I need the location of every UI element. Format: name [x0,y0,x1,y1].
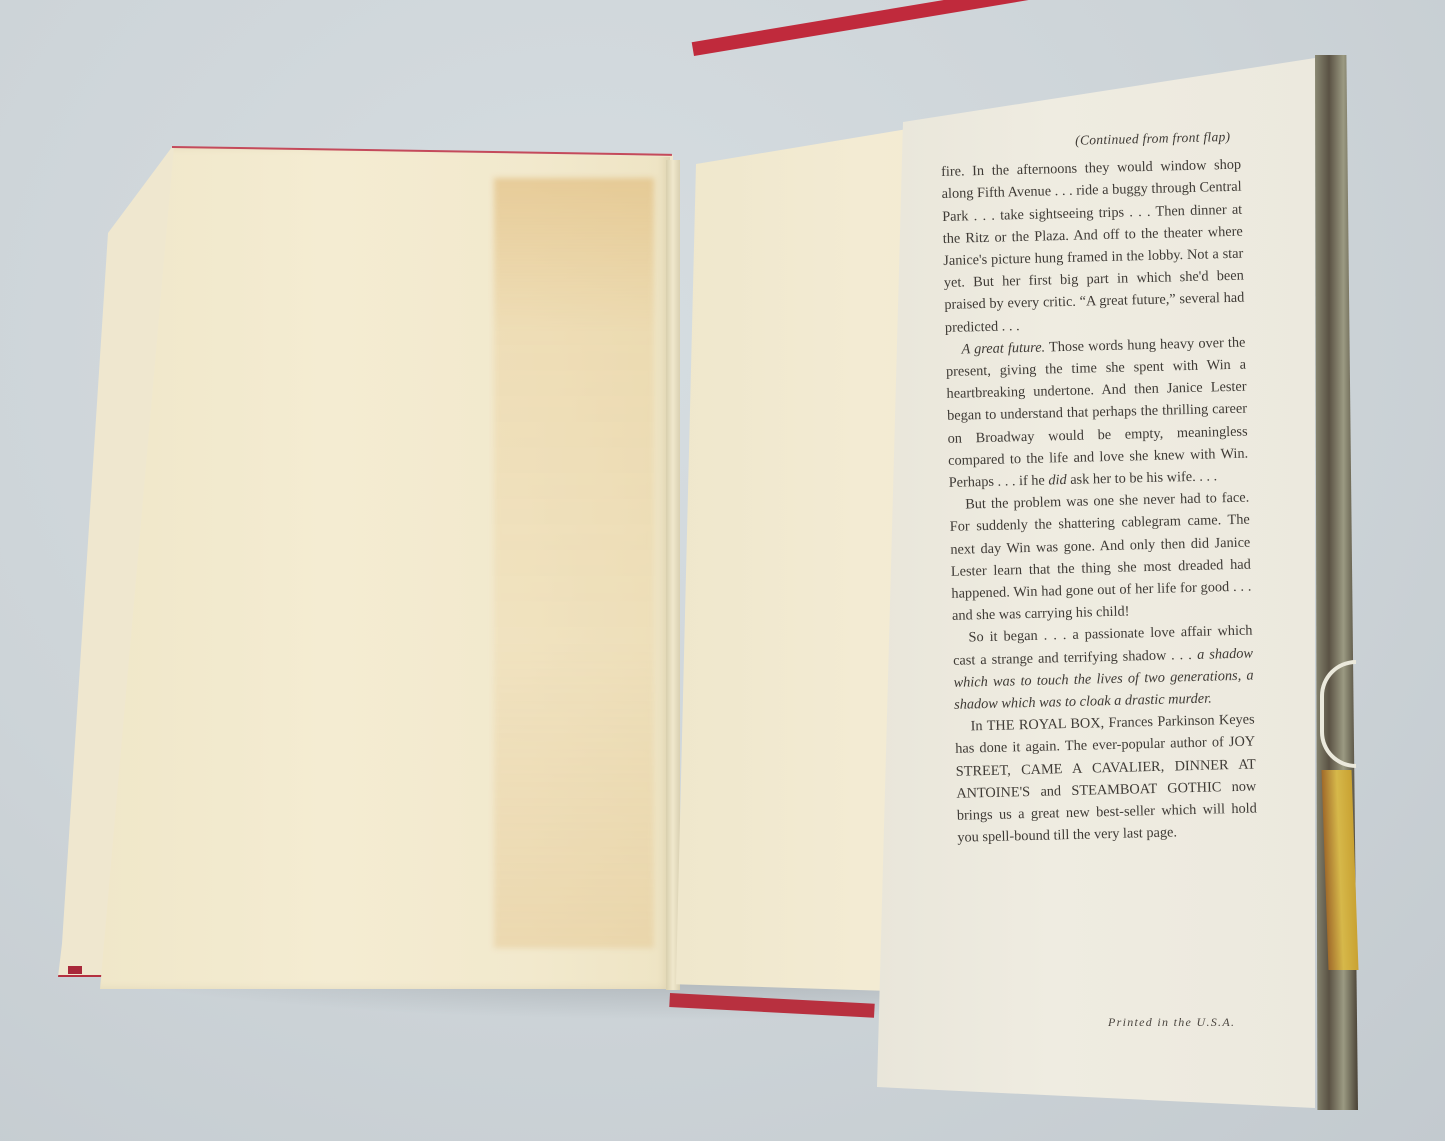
flap-heading: (Continued from front flap) [940,126,1230,155]
flap-italic-did: did [1048,472,1067,488]
flap-paragraph-2-tail: ask her to be his wife. . . . [1070,468,1217,488]
front-cover-red-corner [68,966,82,974]
flap-paragraph-4: So it began . . . a passionate love affa… [952,620,1254,716]
endpaper-stain [494,178,654,948]
book-gutter [666,160,680,990]
flap-paragraph-5: In THE ROYAL BOX, Frances Parkinson Keye… [954,709,1257,850]
flap-paragraph-2: A great future. Those words hung heavy o… [945,331,1249,494]
jacket-art-white-ring [1320,660,1356,768]
flap-text-block: (Continued from front flap) fire. In the… [940,118,1258,850]
flap-paragraph-2-body: Those words hung heavy over the present,… [946,334,1248,491]
back-cover-red-edge-top [692,0,1322,56]
flap-paragraph-1: fire. In the afternoons they would windo… [941,154,1245,339]
printed-in-usa: Printed in the U.S.A. [1108,1015,1235,1030]
flap-italic-lead: A great future. [961,339,1045,357]
flap-paragraph-3: But the problem was one she never had to… [949,487,1252,628]
